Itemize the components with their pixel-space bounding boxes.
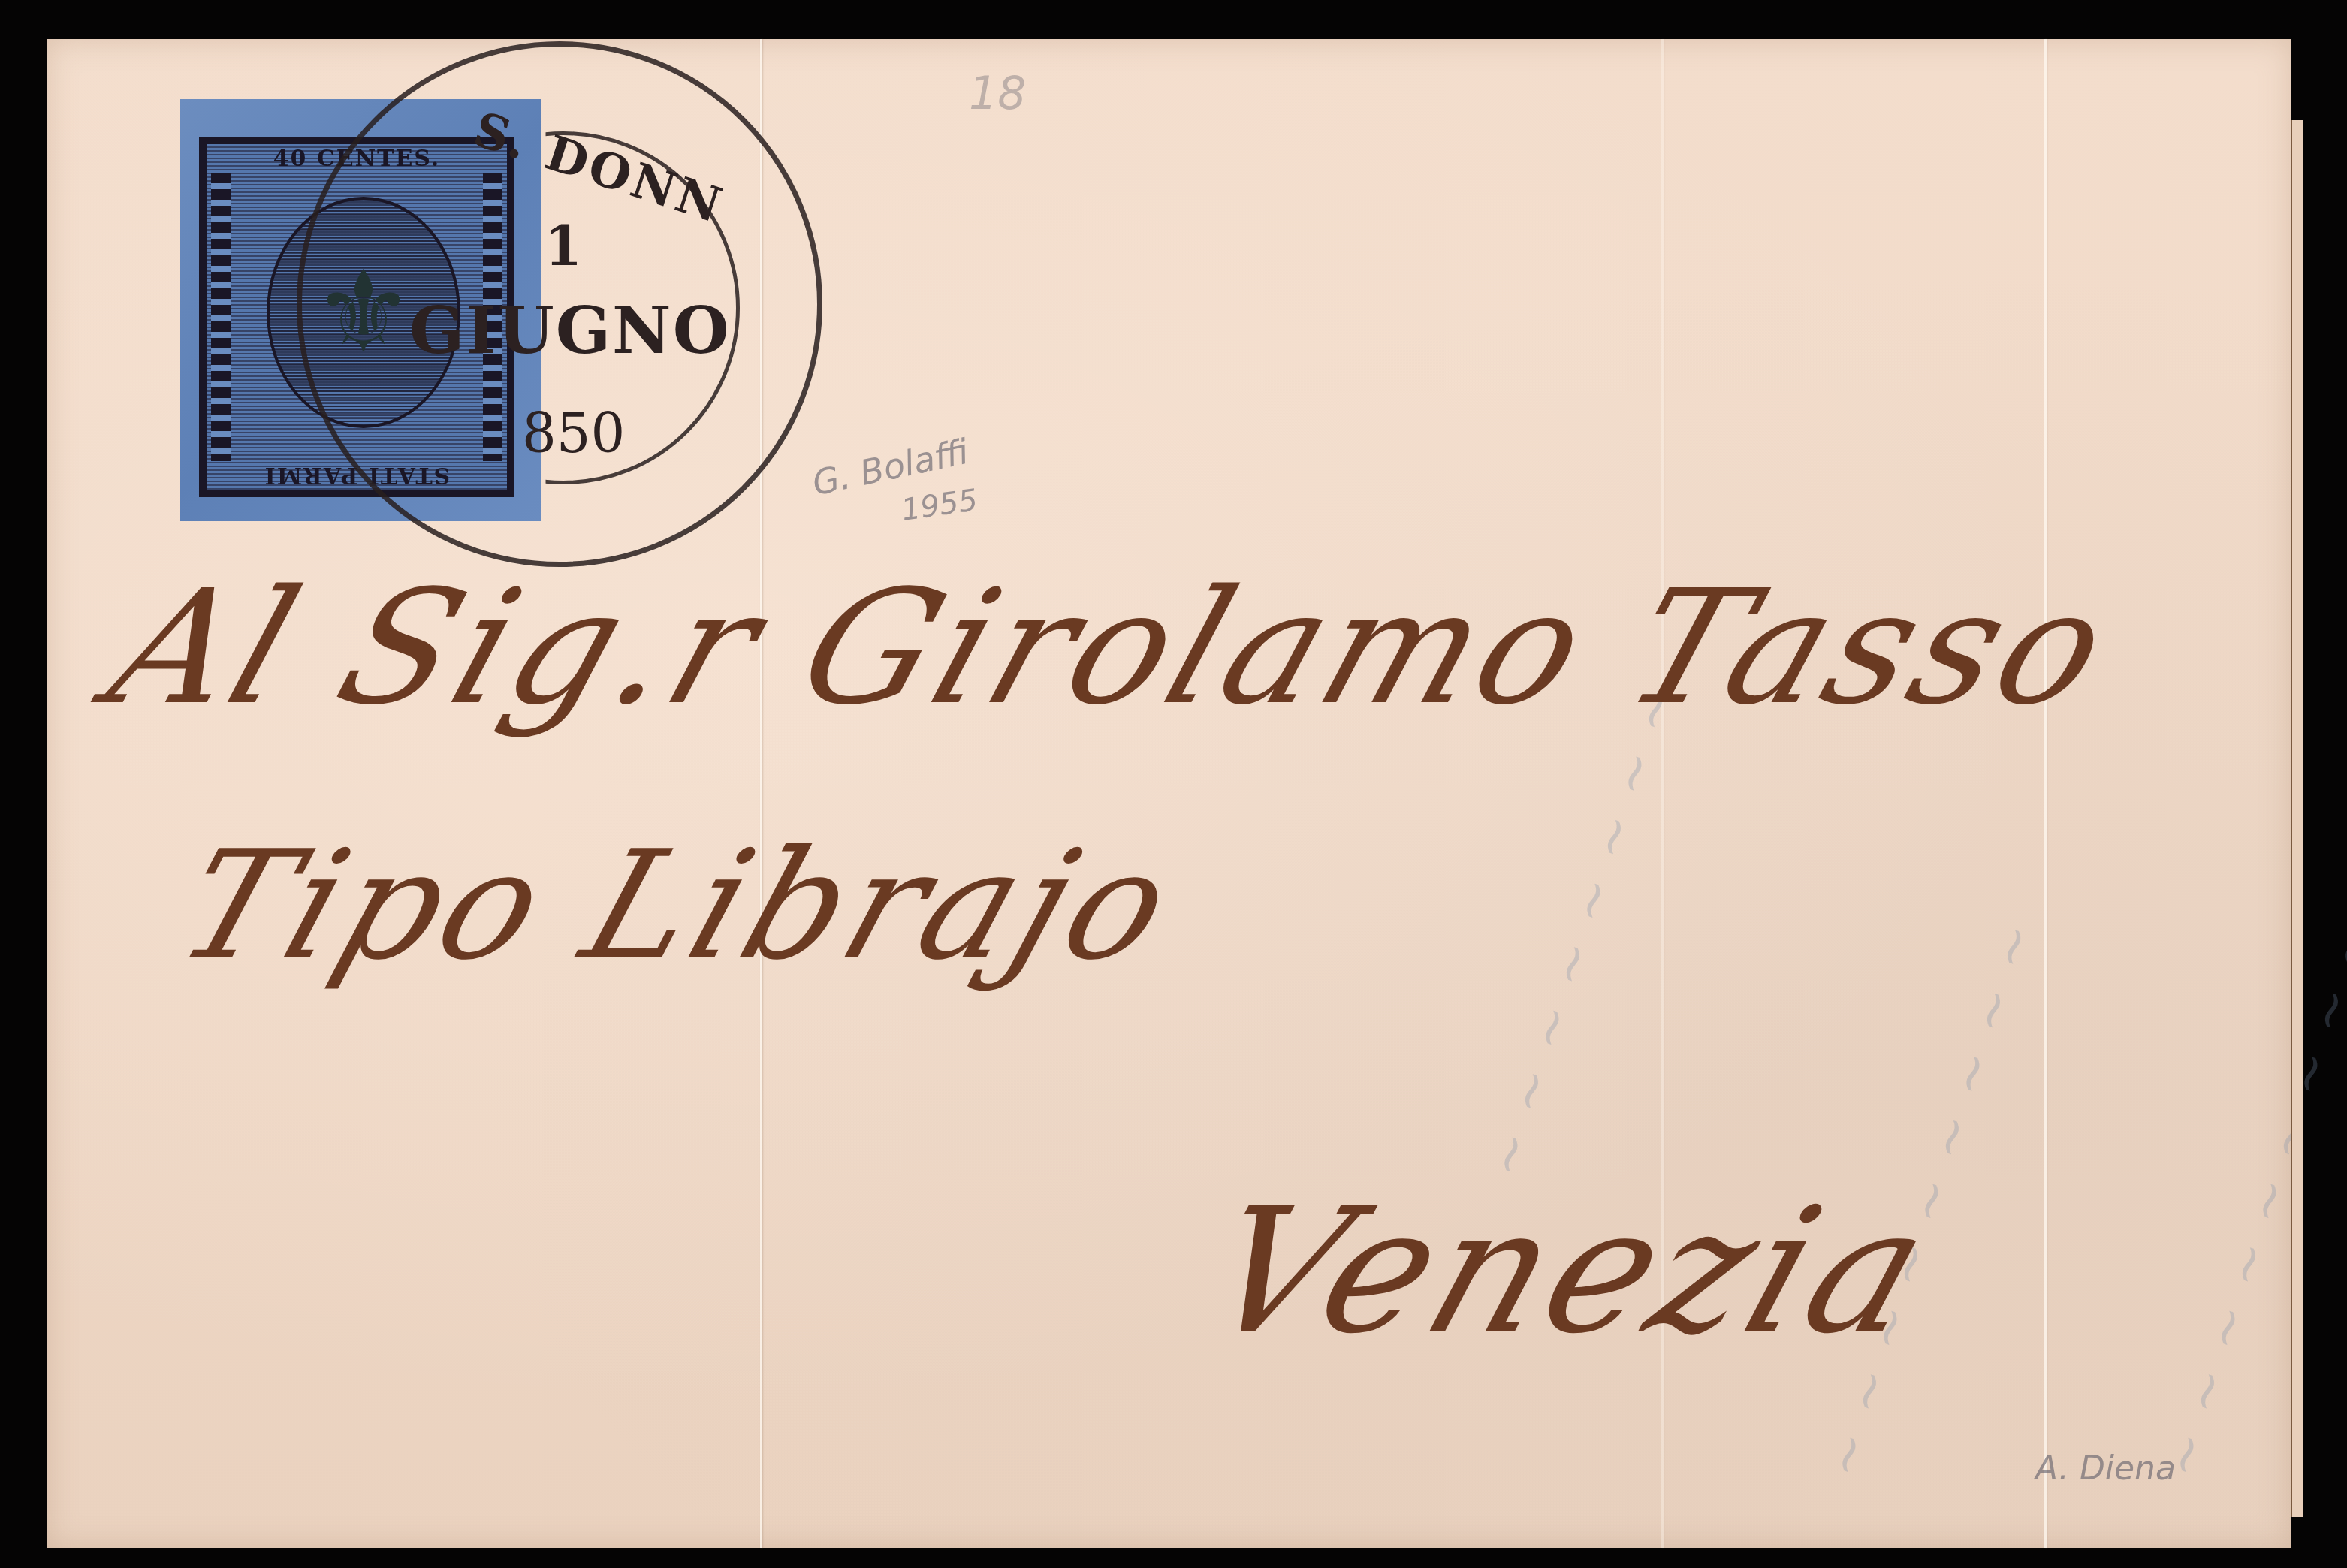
address-line-3: Venezia — [1184, 1171, 1955, 1372]
stamp-greek-key-left — [211, 173, 231, 461]
postmark-year: 850 — [522, 402, 625, 465]
postmark-month: GIUGNO — [409, 293, 731, 369]
pencil-note-bottom-right: A. Diena — [2035, 1449, 2176, 1488]
show-through-writing: ~ ~ ~ ~ ~ ~ ~ ~ — [1474, 677, 1691, 1185]
postmark-day: 1 — [545, 214, 582, 278]
address-line-2: Tipo Librajo — [159, 819, 1195, 994]
postmark: S. DONN 1 GIUGNO 850 — [297, 41, 822, 567]
address-line-1: Al Sig.r Girolamo Tasso — [90, 556, 2133, 740]
pencil-note-top: 18 — [969, 68, 1026, 120]
show-through-writing: ~ ~ ~ ~ ~ ~ ~ ~ ~ — [2149, 913, 2347, 1485]
fold-line-right — [2044, 39, 2047, 1548]
letter-back-flap — [2291, 120, 2303, 1517]
